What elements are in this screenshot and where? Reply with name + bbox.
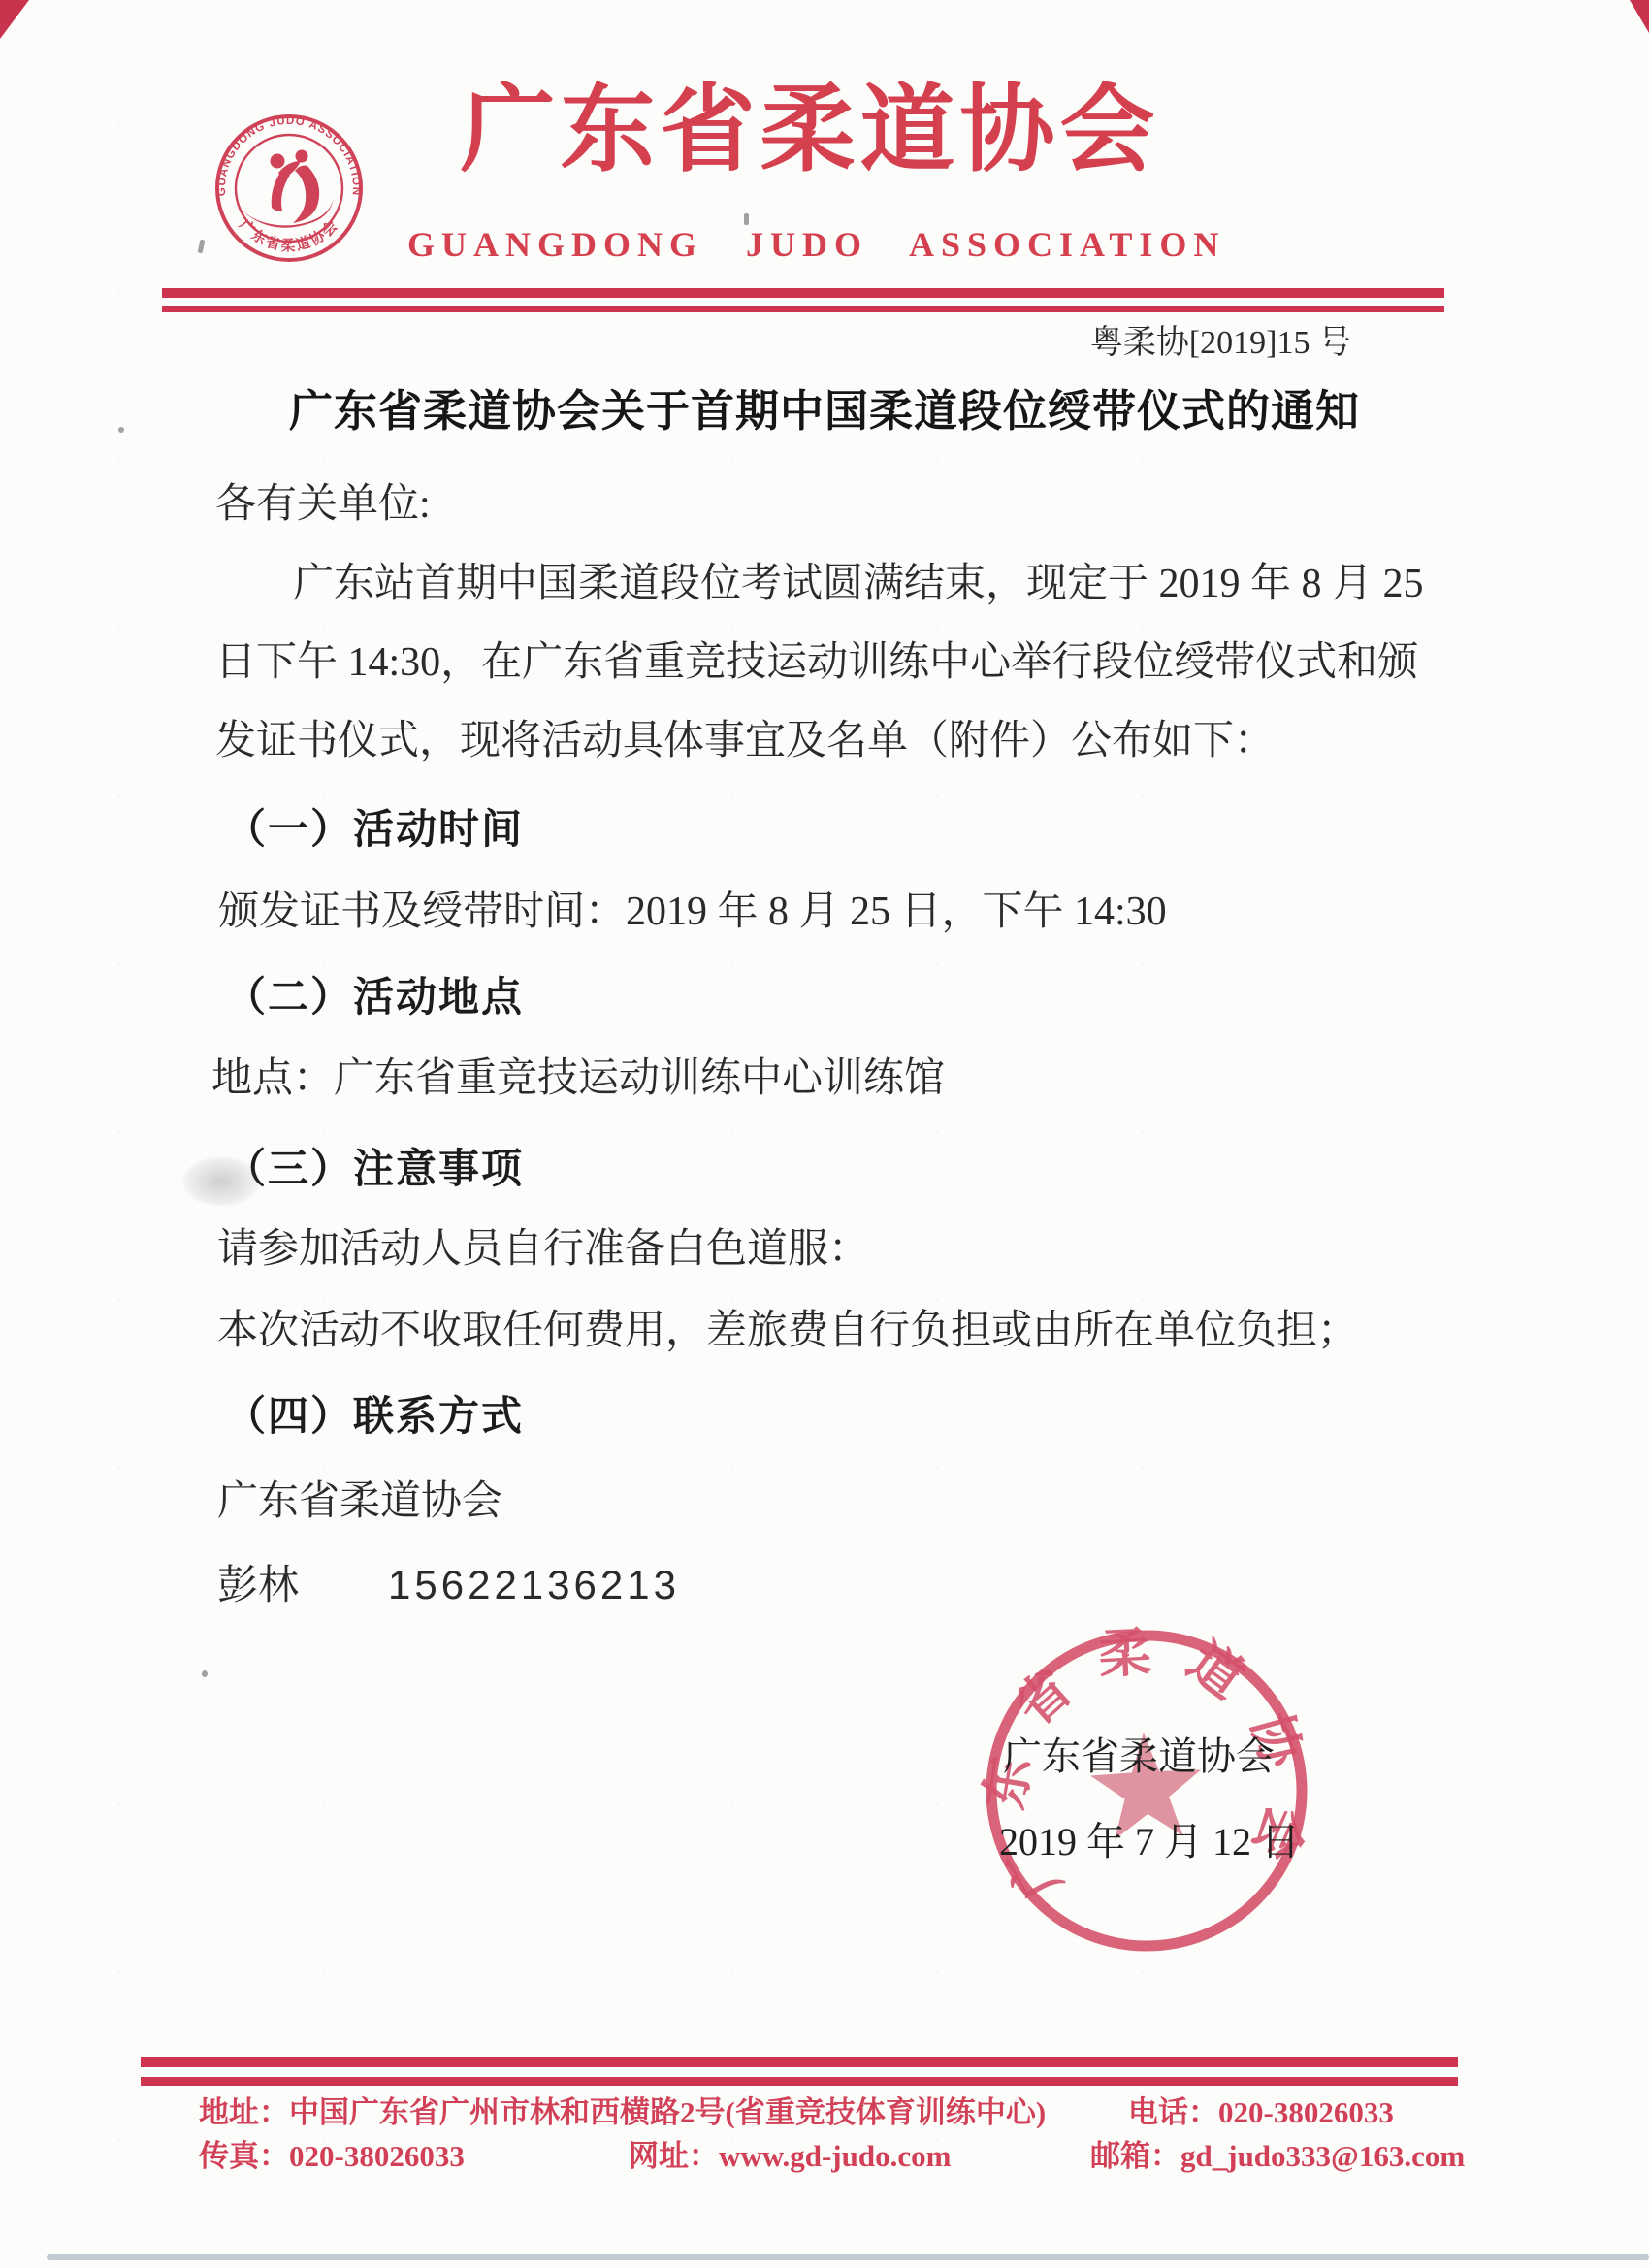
scanned-notice-page: GUANGDONG JUDO ASSOCIATION 广东省柔道协会 广东省柔道… — [0, 0, 1649, 2268]
contact-phone: 15622136213 — [388, 1562, 680, 1607]
footer-email: 邮箱：gd_judo333@163.com — [1090, 2141, 1465, 2173]
footer-rule-top — [141, 2057, 1458, 2067]
scan-artifact — [182, 1156, 260, 1207]
section-heading-4: （四）联系方式 — [225, 1395, 524, 1438]
section-heading-1: （一）活动时间 — [225, 808, 524, 851]
contact-row: 彭林15622136213 — [217, 1564, 680, 1607]
header-rule-bottom — [162, 306, 1444, 312]
svg-text:GUANGDONG JUDO ASSOCIATION: GUANGDONG JUDO ASSOCIATION — [216, 115, 362, 197]
signature-org: 广东省柔道协会 — [1003, 1736, 1275, 1777]
footer-fax: 传真：020-38026033 — [199, 2141, 465, 2173]
scan-artifact — [744, 213, 749, 225]
header-rule-top — [162, 288, 1444, 298]
footer-phone: 电话：020-38026033 — [1128, 2097, 1394, 2129]
section-line: 请参加活动人员自行准备白色道服： — [217, 1228, 869, 1271]
notice-title: 广东省柔道协会关于首期中国柔道段位绶带仪式的通知 — [0, 388, 1649, 434]
scan-artifact — [202, 1670, 208, 1677]
scan-corner-artifact — [0, 0, 29, 39]
footer-website: 网址：www.gd-judo.com — [629, 2141, 951, 2173]
section-line: 本次活动不收取任何费用，差旅费自行负担或由所在单位负担； — [217, 1310, 1358, 1352]
paragraph-line: 广东站首期中国柔道段位考试圆满结束，现定于 2019 年 8 月 25 — [293, 563, 1424, 605]
logo-arc-top-text: GUANGDONG JUDO ASSOCIATION — [216, 115, 362, 197]
scan-corner-artifact — [1630, 0, 1649, 33]
scan-artifact — [118, 427, 124, 433]
judo-figures-icon — [241, 150, 334, 228]
scan-artifact — [198, 240, 206, 254]
footer-rule-bottom — [141, 2077, 1458, 2086]
document-number: 粤柔协[2019]15 号 — [863, 326, 1351, 361]
association-logo: GUANGDONG JUDO ASSOCIATION 广东省柔道协会 — [213, 113, 365, 264]
section-heading-3: （三）注意事项 — [225, 1148, 524, 1190]
org-title-english: GUANGDONG JUDO ASSOCIATION — [407, 227, 1212, 264]
section-heading-2: （二）活动地点 — [225, 976, 524, 1019]
org-title-chinese: 广东省柔道协会 — [407, 81, 1212, 181]
paragraph-line: 发证书仪式，现将活动具体事宜及名单（附件）公布如下： — [215, 720, 1275, 762]
section-line: 地点：广东省重竞技运动训练中心训练馆 — [211, 1057, 945, 1100]
signature-date: 2019 年 7 月 12 日 — [999, 1822, 1300, 1863]
scanner-edge-line — [47, 2254, 1649, 2260]
contact-name: 彭林 — [217, 1564, 299, 1608]
section-line: 广东省柔道协会 — [217, 1480, 502, 1523]
footer-address: 地址：中国广东省广州市林和西横路2号(省重竞技体育训练中心) — [199, 2097, 1046, 2129]
official-seal-stamp: 广东省柔道协会 — [969, 1613, 1324, 1968]
section-line: 颁发证书及绶带时间：2019 年 8 月 25 日，下午 14:30 — [218, 891, 1167, 933]
paragraph-line: 日下午 14:30，在广东省重竞技运动训练中心举行段位绶带仪式和颁 — [215, 641, 1418, 684]
salutation: 各有关单位: — [215, 483, 431, 526]
